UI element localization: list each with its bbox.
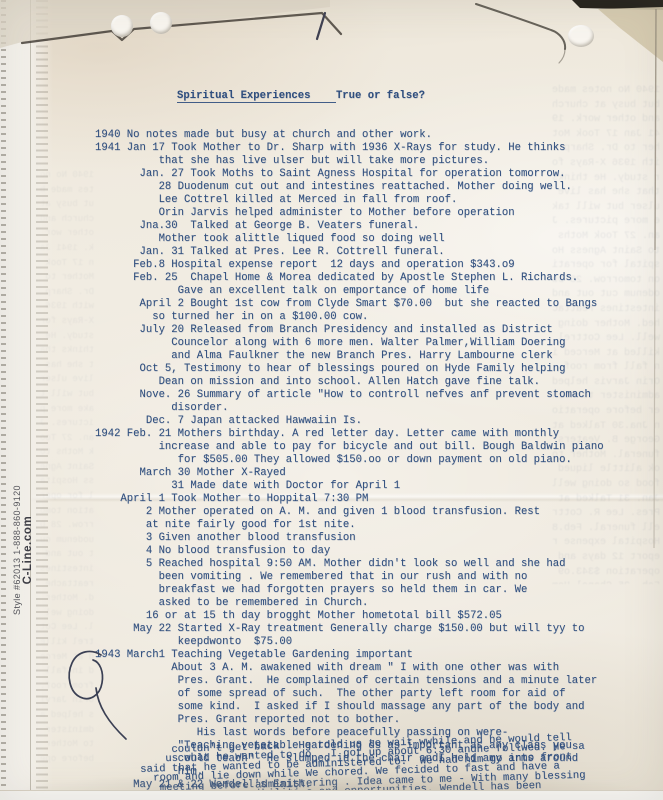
- scanner-bottom-strip: [0, 790, 663, 800]
- typed-line: Lee Cottrel killed at Merced in fall fro…: [95, 194, 604, 207]
- typed-line: at nite fairly good for 1st nite.: [95, 519, 604, 532]
- typed-line: that she has live ulser but will take mo…: [95, 155, 604, 168]
- sleeve-perforation-left: [1, 0, 6, 800]
- sleeve-binding-line: [30, 0, 31, 800]
- typed-line: Jan. 31 Talked at Pres. Lee R. Cottrell …: [95, 246, 604, 259]
- document-title: Spiritual Experiences True or false?: [95, 90, 604, 103]
- typed-line: April 2 Bought 1st cow from Clyde Smart …: [95, 298, 604, 311]
- typed-line: Jna.30 Talked at George B. Veaters funer…: [95, 220, 604, 233]
- typed-line: so turned her in on a $100.00 cow.: [95, 311, 604, 324]
- typed-line: 1941 Jan 17 Took Mother to Dr. Sharp wit…: [95, 142, 604, 155]
- typed-line: for $505.00 They allowed $150.oo or down…: [95, 454, 604, 467]
- typed-line: April 1 Took Mother to Hoppital 7:30 PM: [95, 493, 604, 506]
- typed-line: Dec. 7 Japan attacked Hawwaiin Is.: [95, 415, 604, 428]
- typed-line: Nove. 26 Summary of article "How to cont…: [95, 389, 604, 402]
- typed-line: disorder.: [95, 402, 604, 415]
- sleeve-style-number: Style #62013 1-888-860-9120: [12, 420, 22, 680]
- typed-line: of some spread of such. The other party …: [95, 688, 604, 701]
- typed-line: increase and able to pay for bicycle and…: [95, 441, 604, 454]
- title-question-text: True or false?: [336, 90, 425, 102]
- typed-line: asked to be remembered in Church.: [95, 597, 604, 610]
- typed-line: 2 Mother operated on A. M. and given 1 b…: [95, 506, 604, 519]
- typed-line: Oct 5, Testimony to hear of blessings po…: [95, 363, 604, 376]
- punch-hole-left: [111, 15, 133, 37]
- typed-line: 3 Given another blood transfusion: [95, 532, 604, 545]
- typed-line: May 22 Started X-Ray treatment Generally…: [95, 623, 604, 636]
- bottom-page-shadow: [0, 766, 663, 792]
- typed-line: Jan. 27 Took Moths to Saint Agness Hospi…: [95, 168, 604, 181]
- typed-line: About 3 A. M. awakened with dream " I wi…: [95, 662, 604, 675]
- typed-line: keepdwonto $75.00: [95, 636, 604, 649]
- typed-line: Pres. Grant. He complained of certain te…: [95, 675, 604, 688]
- typed-line: 5 Reached hospital 9:50 AM. Mother didn'…: [95, 558, 604, 571]
- sleeve-brand-text: Style #62013 1-888-860-9120 C-Line.com: [12, 420, 52, 680]
- typed-line: Feb. 25 Chapel Home & Morea dedicated by…: [95, 272, 604, 285]
- typed-text-block: Spiritual Experiences True or false? 194…: [95, 64, 604, 800]
- typed-line: Dean on mission and into school. Allen H…: [95, 376, 604, 389]
- typed-line: Councelor along with 6 more men. Walter …: [95, 337, 604, 350]
- title-underlined-text: Spiritual Experiences: [177, 90, 336, 103]
- typed-line: 16 or at 15 th day brogght Mother hometo…: [95, 610, 604, 623]
- typed-line: breakfast we had forgotten prayers so he…: [95, 584, 604, 597]
- typed-line: and Alma Faulkner the new Branch Pres. H…: [95, 350, 604, 363]
- typed-line: 31 Made date with Doctor for April 1: [95, 480, 604, 493]
- typed-line: 1943 March1 Teaching Vegetable Gardening…: [95, 649, 604, 662]
- punch-hole-center: [150, 12, 172, 34]
- typed-line: been vomiting . We remembered that in ou…: [95, 571, 604, 584]
- sleeve-brand-name: C-Line.com: [22, 420, 34, 680]
- typed-line: some kind. I asked if I should massage a…: [95, 701, 604, 714]
- sleeve-stitching: [36, 0, 48, 800]
- typed-line: Mother took alittle liqued food so doing…: [95, 233, 604, 246]
- typed-line: Pres. Grant reported not to bother.: [95, 714, 604, 727]
- typed-line: July 20 Released from Branch Presidency …: [95, 324, 604, 337]
- typed-line: March 30 Mother X-Rayed: [95, 467, 604, 480]
- typed-line: Orin Jarvis helped administer to Mother …: [95, 207, 604, 220]
- typed-line: Feb.8 Hospital expense report 12 days an…: [95, 259, 604, 272]
- typed-line: Gave an excellent talk on emportance of …: [95, 285, 604, 298]
- typed-line: 4 No blood transfusion to day: [95, 545, 604, 558]
- typed-line: 1942 Feb. 21 Mothers birthday. A red let…: [95, 428, 604, 441]
- punch-hole-right: [568, 25, 594, 47]
- typed-line: 28 Duodenum cut out and intestines reatt…: [95, 181, 604, 194]
- scanned-journal-page: 1940 No notes made but busy at church an…: [0, 0, 663, 800]
- typed-line: 1940 No notes made but busy at church an…: [95, 129, 604, 142]
